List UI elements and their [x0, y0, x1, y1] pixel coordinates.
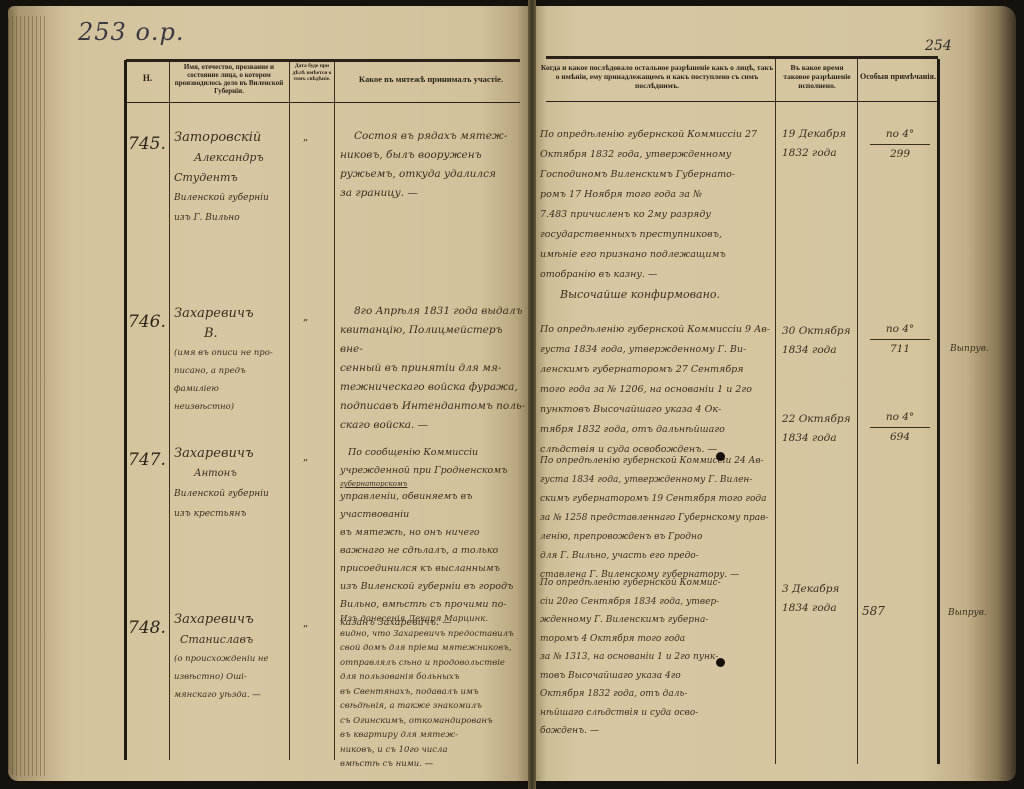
text-line: для Г. Вильно, участь его предо- — [540, 547, 776, 566]
text-line: торомъ 4 Октября того года — [540, 630, 776, 649]
text-line: ленскимъ губернаторомъ 27 Сентября — [540, 360, 776, 380]
text-line: По опредѣленію губернской Коммиссіи 24 А… — [540, 452, 776, 471]
person-origin: изъ крестьянъ — [174, 504, 289, 524]
text-line: важнаго не сдѣлалъ, а только — [340, 542, 526, 560]
person-surname: Захаревичъ — [174, 610, 289, 630]
text-line: Состоя въ рядахъ мятеж- — [340, 127, 526, 146]
paper-hole — [716, 452, 725, 461]
text-line: По опредѣленію губернской Коммиссіи 27 — [540, 125, 776, 145]
header-bottom-rule-right — [546, 101, 938, 102]
text-line: 22 Октября — [782, 410, 856, 429]
text-line: скаго войска. — — [340, 416, 526, 435]
text-line: учрежденной при Гродненскомъ — [340, 462, 526, 480]
person-origin: Виленской губерніи — [174, 188, 289, 208]
grid-line — [334, 62, 335, 760]
text-line: 1832 года — [782, 144, 856, 163]
column-header-executed: Въ какое время таковое разрѣшеніе исполн… — [777, 63, 857, 90]
text-line: жденному Г. Виленскимъ губерна- — [540, 611, 776, 630]
text-line: никовъ, былъ вооруженъ — [340, 146, 526, 165]
text-line: Октября 1832 года, отъ даль- — [540, 685, 776, 704]
text-line: свѣдѣнія, а также знакомилъ — [340, 699, 526, 714]
text-line: густа 1834 года, утвержденному Г. Вилен- — [540, 471, 776, 490]
text-line: присоединился къ высланнымъ — [340, 560, 526, 578]
person-surname: Захаревичъ — [174, 304, 289, 324]
participation-cell: Состоя въ рядахъ мятеж- никовъ, былъ воо… — [340, 127, 526, 203]
column-header-case-date: Дата буде при дѣлѣ имѣется о томъ свѣдѣн… — [290, 63, 334, 83]
text-line: по 4° — [870, 408, 930, 428]
register-ref-cell: по 4° 694 — [870, 408, 930, 447]
resolution-cell: По опредѣленію губернской Коммиссіи 27 О… — [540, 125, 776, 305]
text-line: По опредѣленію губернской Коммис- — [540, 574, 776, 593]
resolution-cell: По опредѣленію губернской Коммис- сіи 20… — [540, 574, 776, 741]
text-line: государственныхъ преступниковъ, — [540, 225, 776, 245]
executed-cell: 3 Декабря 1834 года — [782, 580, 856, 618]
text-line: видно, что Захаревичъ предоставилъ — [340, 627, 526, 642]
text-line: отобранію въ казну. — — [540, 265, 776, 285]
person-origin: изъ Г. Вильно — [174, 208, 289, 228]
person-note: (о происхожденіи не — [174, 650, 289, 668]
column-header-person: Имя, отечество, прозвание и состояние ли… — [170, 63, 288, 95]
text-line: квитанцію, Полицмейстеръ вне- — [340, 321, 526, 359]
person-given-name: Антонъ — [174, 464, 289, 484]
text-line: отправлялъ сѣно и продовольствіе — [340, 656, 526, 671]
header-top-rule-right — [546, 56, 938, 59]
person-note: мянскаго уѣзда. — — [174, 686, 289, 704]
folio-number-left: 253 о.р. — [78, 18, 185, 46]
text-line: божденъ. — — [540, 722, 776, 741]
text-line: товъ Высочайшаго указа 4го — [540, 667, 776, 686]
text-line: за границу. — — [340, 184, 526, 203]
text-line: 3 Декабря — [782, 580, 856, 599]
row-number: 745. — [128, 134, 166, 154]
text-line: за № 1258 представленнаго Губернскому пр… — [540, 509, 776, 528]
text-line: 1834 года — [782, 429, 856, 448]
text-line: По опредѣленію губернской Коммиссіи 9 Ав… — [540, 320, 776, 340]
remarks-cell: Выпрув. — [948, 608, 987, 618]
row-number: 747. — [128, 450, 166, 470]
text-line: По сообщенію Коммиссіи — [340, 444, 526, 462]
text-line: 8го Апрѣля 1831 года выдалъ — [340, 302, 526, 321]
text-line: вмѣстѣ съ ними. — — [340, 757, 526, 772]
text-line: ленію, препровожденъ въ Гродно — [540, 528, 776, 547]
text-line: ружьемъ, откуда удалился — [340, 165, 526, 184]
text-line: ромъ 17 Ноября того года за № — [540, 185, 776, 205]
person-cell: Захаревичъ В. (имя въ описи не про- писа… — [174, 304, 289, 416]
person-given-name: В. — [174, 324, 289, 344]
executed-cell: 22 Октября 1834 года — [782, 410, 856, 448]
text-line: тября 1832 года, отъ дальнѣйшаго — [540, 420, 776, 440]
grid-line — [124, 60, 127, 760]
scanned-ledger: 253 о.р. 254 Н. Имя, отечество, прозвани… — [0, 0, 1024, 789]
column-header-participation: Какое въ мятежѣ принималъ участіе. — [336, 75, 526, 85]
folio-number-right: 254 — [925, 38, 952, 54]
executed-cell: 19 Декабря 1832 года — [782, 125, 856, 163]
text-line: 1834 года — [782, 341, 856, 360]
text-line: управленіи, обвиняемъ въ участвованіи — [340, 488, 526, 524]
text-line: никовъ, и съ 10го числа — [340, 743, 526, 758]
text-line: 30 Октября — [782, 322, 856, 341]
text-line: по 4° — [870, 320, 930, 340]
person-note: неизвѣстно) — [174, 398, 289, 416]
person-surname: Захаревичъ — [174, 444, 289, 464]
resolution-cell: По опредѣленію губернской Коммиссіи 9 Ав… — [540, 320, 776, 460]
remarks-cell: Выпрув. — [950, 344, 989, 354]
grid-line — [169, 62, 170, 760]
person-cell: Захаревичъ Антонъ Виленской губерніи изъ… — [174, 444, 289, 524]
text-line: сіи 20го Сентября 1834 года, утвер- — [540, 593, 776, 612]
text-line: 1834 года — [782, 599, 856, 618]
row-number: 748. — [128, 618, 166, 638]
ditto-mark: „ — [303, 312, 308, 323]
person-note: извѣстно) Оші- — [174, 668, 289, 686]
person-cell: Захаревичъ Станиславъ (о происхожденіи н… — [174, 610, 289, 704]
person-status: Студентъ — [174, 168, 289, 188]
text-line: Высочайше конфирмовано. — [540, 285, 776, 305]
person-given-name: Александръ — [174, 148, 289, 168]
column-header-resolution: Когда и какое послѣдовало остальное разр… — [540, 63, 774, 90]
grid-line — [937, 59, 940, 764]
text-line: изъ Виленской губерніи въ городъ — [340, 578, 526, 596]
text-line: 711 — [870, 340, 930, 359]
text-line: густа 1834 года, утвержденному Г. Ви- — [540, 340, 776, 360]
text-line: 7.483 причисленъ ко 2му разряду — [540, 205, 776, 225]
text-line: свой домъ для пріема мятежниковъ, — [340, 641, 526, 656]
text-line: 19 Декабря — [782, 125, 856, 144]
text-line: Октября 1832 года, утвержденному — [540, 145, 776, 165]
ditto-mark: „ — [303, 452, 308, 463]
register-ref-cell: 587 — [862, 602, 922, 621]
ditto-mark: „ — [303, 132, 308, 143]
text-line: скимъ губернаторомъ 19 Сентября того год… — [540, 490, 776, 509]
header-top-rule-left — [126, 59, 520, 62]
text-line: губернаторскомъ — [340, 480, 526, 488]
text-line: подписавъ Интендантомъ поль- — [340, 397, 526, 416]
text-line: за № 1313, на основаніи 1 и 2го пунк- — [540, 648, 776, 667]
text-line: по 4° — [870, 125, 930, 145]
text-line: нѣйшаго слѣдствія и суда осво- — [540, 704, 776, 723]
text-line: въ квартиру для мятеж- — [340, 728, 526, 743]
text-line: для пользованія больныхъ — [340, 670, 526, 685]
text-line: Изъ донесенія Лекаря Марцинк. — [340, 612, 526, 627]
text-line: пунктовъ Высочайшаго указа 4 Ок- — [540, 400, 776, 420]
header-bottom-rule-left — [126, 102, 520, 103]
text-line: сенный въ принятіи для мя- — [340, 359, 526, 378]
person-note: писано, а предъ фамиліею — [174, 362, 289, 398]
resolution-cell: По опредѣленію губернской Коммиссіи 24 А… — [540, 452, 776, 585]
person-surname: Заторовскій — [174, 128, 289, 148]
participation-cell: Изъ донесенія Лекаря Марцинк. видно, что… — [340, 612, 526, 772]
text-line: съ Огинскимъ, откомандированъ — [340, 714, 526, 729]
text-line: 299 — [870, 145, 930, 164]
text-line: Господиномъ Виленскимъ Губернато- — [540, 165, 776, 185]
person-note: (имя въ описи не про- — [174, 344, 289, 362]
text-line: того года за № 1206, на основаніи 1 и 2г… — [540, 380, 776, 400]
text-line: въ Свентянахъ, подавалъ имъ — [340, 685, 526, 700]
text-line: 694 — [870, 428, 930, 447]
grid-line — [857, 59, 858, 764]
grid-line — [289, 62, 290, 760]
row-number: 746. — [128, 312, 166, 332]
paper-hole — [716, 658, 725, 667]
ditto-mark: „ — [303, 618, 308, 629]
text-line: имѣніе его признано подлежащимъ — [540, 245, 776, 265]
text-line: тежническаго войска фуража, — [340, 378, 526, 397]
participation-cell: По сообщенію Коммиссіи учрежденной при Г… — [340, 444, 526, 632]
register-ref-cell: по 4° 299 — [870, 125, 930, 164]
column-header-remarks: Особыя примѣчанія. — [859, 72, 937, 81]
column-header-number: Н. — [126, 74, 169, 84]
register-ref-cell: по 4° 711 — [870, 320, 930, 359]
text-line: 587 — [862, 602, 922, 621]
person-origin: Виленской губерніи — [174, 484, 289, 504]
book-gutter — [528, 0, 536, 789]
person-given-name: Станиславъ — [174, 630, 289, 650]
text-line: въ мятежѣ, но онъ ничего — [340, 524, 526, 542]
person-cell: Заторовскій Александръ Студентъ Виленско… — [174, 128, 289, 228]
executed-cell: 30 Октября 1834 года — [782, 322, 856, 360]
participation-cell: 8го Апрѣля 1831 года выдалъ квитанцію, П… — [340, 302, 526, 435]
